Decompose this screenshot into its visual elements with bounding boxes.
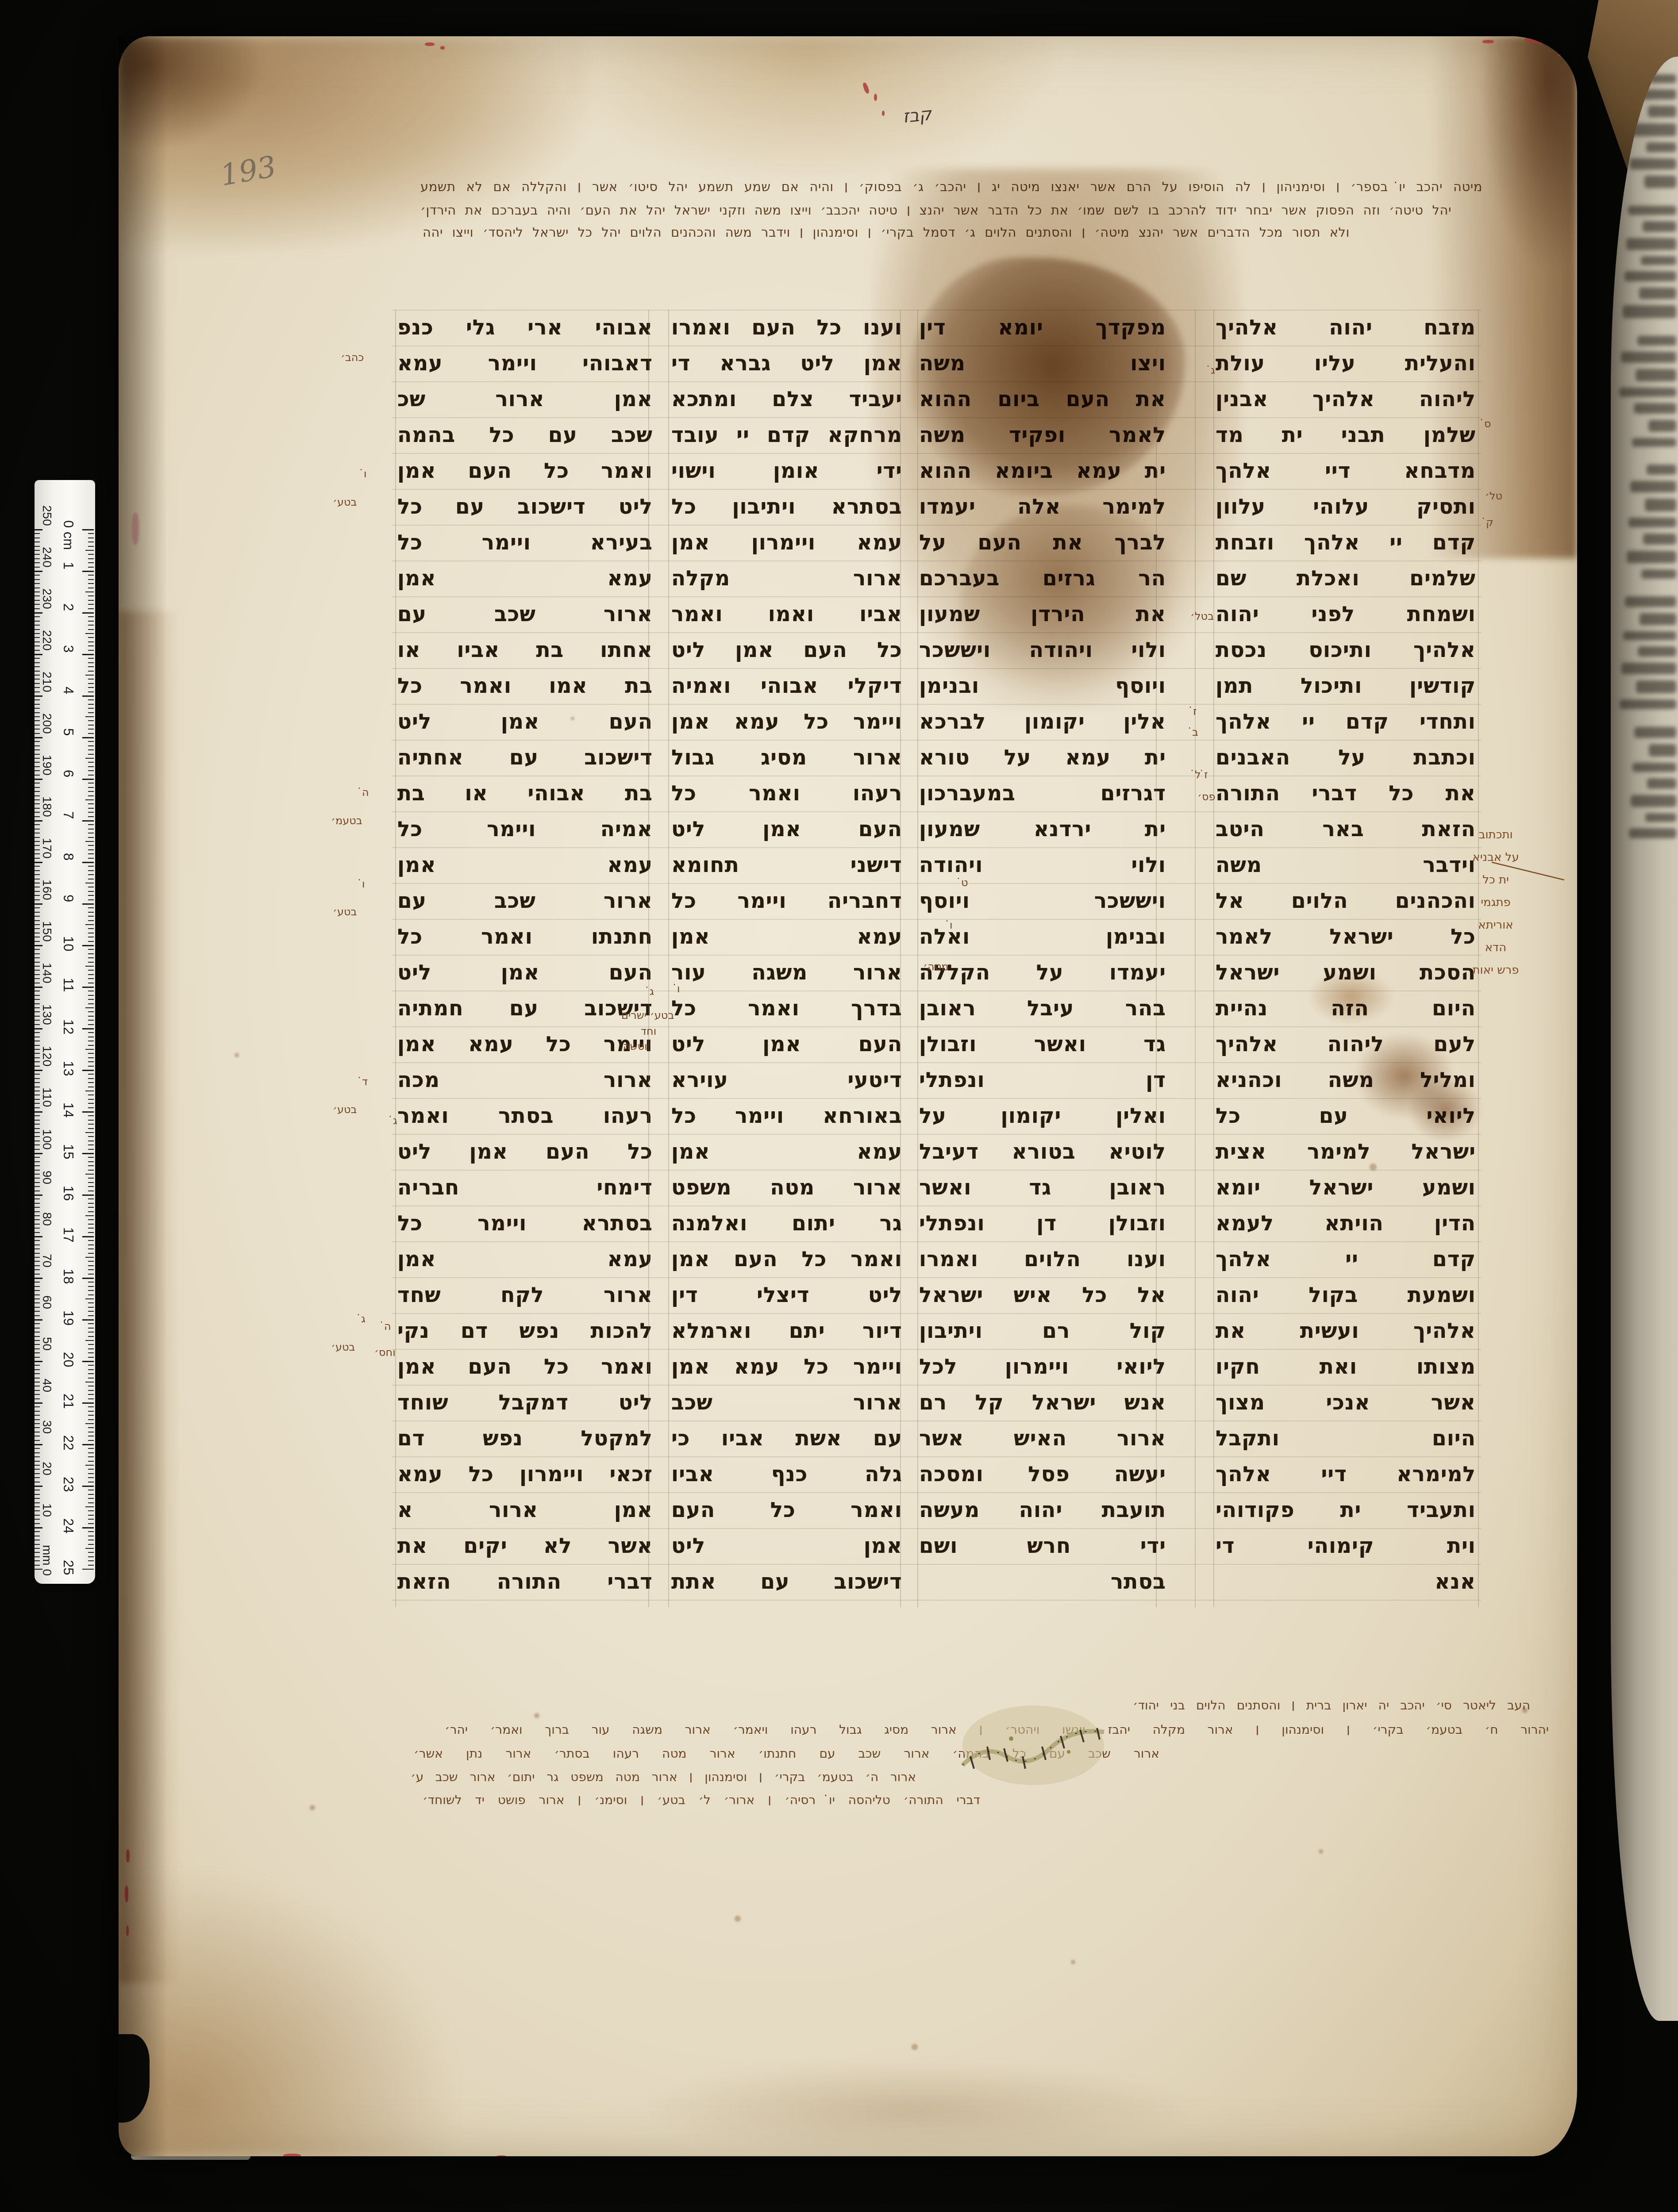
red-edge-mark: [862, 82, 870, 94]
text-line: מצותו ואת חקיו: [1216, 1349, 1476, 1385]
red-edge-mark: [496, 2155, 507, 2156]
text-line: ואמר כל העם: [671, 1492, 902, 1528]
foxing-spot: [1319, 1849, 1323, 1854]
text-line: ושמחת לפני יהוה: [1216, 596, 1476, 632]
text-line: דאבוהי ויימר עמא: [397, 346, 653, 381]
ruling-line-vertical: [1213, 310, 1214, 1607]
text-line: בסתרא ויתיבון כל: [671, 489, 902, 525]
masorah-parva-note: ה̇: [362, 787, 369, 798]
text-line: רעהו ואמר כל: [671, 776, 902, 811]
text-line: היום הזה נהיית: [1216, 991, 1476, 1026]
text-line: ארור מקלה: [671, 561, 902, 596]
text-line: ויצו משה: [919, 346, 1166, 381]
text-line: כל ישראל לאמר: [1216, 919, 1476, 955]
ruler-cm-label: 22: [60, 1435, 76, 1450]
masorah-parva-note: וחס׳: [374, 1347, 396, 1358]
text-line: עם אשת אביו כי: [671, 1421, 902, 1456]
masorah-magna-top-line: מיטה יהכב יו̇ בספר׳ ׀ וסימניהון ׀ לה הוס…: [420, 179, 1482, 194]
text-line: ותחדי קדם יי אלהך: [1216, 704, 1476, 740]
text-line: אמן ליט: [671, 1528, 902, 1564]
photographic-ruler: 0 cm123456789101112131415161718192021222…: [35, 480, 95, 1584]
text-line: בעירא ויימר כל: [397, 525, 653, 561]
facing-page-blurred-text: [1626, 238, 1676, 250]
caret-line: [1488, 857, 1568, 883]
masorah-parva-note: בטע׳: [333, 496, 357, 508]
text-column-4: אבוהי ארי גלי כנפדאבוהי ויימר עמאאמן ארו…: [397, 310, 653, 1600]
ruler-cm-label: 9: [60, 895, 76, 902]
text-line: ואמר כל העם אמן: [397, 1349, 653, 1385]
text-line: ויוסף ובנימן: [919, 668, 1166, 704]
masorah-magna-top-line: יהל טיטה׳ וזה הפסוק אשר יבחר ידוד להרכב …: [420, 203, 1451, 218]
text-line: יעשה פסל ומסכה: [919, 1456, 1166, 1492]
text-line: דגרזים במעברכון: [919, 776, 1166, 811]
masorah-magna-bottom-line: העב ליאטר סי׳ יהכב יה יארון ברית ׀ והסתנ…: [1133, 1698, 1530, 1713]
facing-page-blurred-text: [1631, 795, 1676, 807]
facing-page-blurred-text: [1650, 74, 1676, 83]
red-edge-mark: [283, 2154, 301, 2156]
foxing-spot: [1522, 1708, 1528, 1713]
text-line: אנש ישראל קל רם: [919, 1385, 1166, 1421]
text-line: ויימר כל עמא אמן: [671, 704, 902, 740]
text-line: ושמעת בקול יהוה: [1216, 1277, 1476, 1313]
text-column-3: וענו כל העם ואמרואמן ליט גברא דייעביד צל…: [671, 310, 902, 1600]
masorah-parva-note: ו̇: [950, 919, 953, 931]
ruler-cm-label: 15: [60, 1144, 76, 1159]
facing-page-blurred-text: [1641, 256, 1676, 265]
text-line: היום ותקבל: [1216, 1421, 1476, 1456]
text-line: ארור מסיג גבול: [671, 740, 902, 776]
text-line: דיור יתם וארמלא: [671, 1313, 902, 1349]
text-line: ותעביד ית פקודוהי: [1216, 1492, 1476, 1528]
text-line: קודשין ותיכול תמן: [1216, 668, 1476, 704]
masorah-parva-note: ק̇: [1486, 517, 1493, 528]
text-line: הזאת באר היטב: [1216, 811, 1476, 847]
ruler-cm-label: 19: [60, 1310, 76, 1325]
masorah-parva-note: בטעמ׳: [331, 815, 362, 826]
margin-addition-line: אוריתא: [1452, 914, 1539, 937]
text-line: לוטיא בטורא דעיבל: [919, 1134, 1166, 1170]
ruler-cm-label: 17: [60, 1227, 76, 1242]
text-line: שלמן תבני ית מד: [1216, 417, 1476, 453]
facing-page-blurred-text: [1628, 518, 1676, 527]
text-line: לעם ליהוה אלהיך: [1216, 1026, 1476, 1062]
text-line: דחבריה ויימר כל: [671, 883, 902, 919]
stain-top-middle: [566, 36, 1052, 178]
masorah-parva-note: ג̇: [650, 986, 654, 997]
facing-page-blurred-text: [1636, 680, 1676, 693]
text-line: יעביד צלם ומתכא: [671, 381, 902, 417]
masorah-parva-note: ג̇: [361, 1313, 366, 1325]
facing-page-blurred-text: [1634, 403, 1676, 414]
text-line: דברי התורה הזאת: [397, 1564, 653, 1600]
text-line: קול רם ויתיבון: [919, 1313, 1166, 1349]
masorah-parva-note: ס̇: [1484, 418, 1491, 430]
text-line: למקטל נפש דם: [397, 1421, 653, 1456]
text-line: למימר אלה יעמדו: [919, 489, 1166, 525]
text-line: עמא אמן: [397, 847, 653, 883]
text-line: לברך את העם על: [919, 525, 1166, 561]
text-line: מפקדך יומא דין: [919, 310, 1166, 346]
text-line: וידבר משה: [1216, 847, 1476, 883]
text-line: ומליל משה וכהניא: [1216, 1062, 1476, 1098]
red-edge-mark: [874, 94, 877, 101]
masorah-parva-note: ו̇: [677, 983, 680, 995]
text-line: ואלין יקומון על: [919, 1098, 1166, 1134]
facing-page-blurred-text: [1630, 481, 1676, 492]
masorah-parva-note: טל׳: [1485, 490, 1502, 502]
ruler-cm-label: 24: [60, 1518, 76, 1533]
foxing-spot: [571, 717, 574, 720]
text-line: ראובן גד ואשר: [919, 1170, 1166, 1206]
facing-page-blurred-text: [1643, 221, 1676, 232]
text-line: דימחי חבריה: [397, 1170, 653, 1206]
red-edge-mark: [1482, 40, 1494, 43]
text-line: באורחא ויימר כל: [671, 1098, 902, 1134]
text-line: העם אמן ליט: [671, 1026, 902, 1062]
text-line: לאמר ופקיד משה: [919, 417, 1166, 453]
stain-top-right-dark: [1482, 36, 1577, 266]
text-line: גר יתום ואלמנה: [671, 1206, 902, 1241]
text-line: הדין הויתא לעמא: [1216, 1206, 1476, 1241]
text-line: אלין יקומון לברכא: [919, 704, 1166, 740]
text-line: אלהיך ועשית את: [1216, 1313, 1476, 1349]
ruling-line-vertical: [1195, 310, 1196, 1607]
text-line: ליט דמקבל שוחד: [397, 1385, 653, 1421]
manuscript-page: קבז 193 מיטה יהכב יו̇ בספר׳ ׀ וסימניהון …: [119, 36, 1577, 2156]
text-line: קדם יי אלהך וזבחת: [1216, 525, 1476, 561]
ruler-ticks: [88, 529, 94, 1570]
text-line: מזבח יהוה אלהיך: [1216, 310, 1476, 346]
ruler-cm-label: 3: [60, 645, 76, 653]
stain-bottom-center: [650, 2062, 1181, 2156]
digitization-photo: קבז 193 מיטה יהכב יו̇ בספר׳ ׀ וסימניהון …: [0, 0, 1678, 2212]
text-line: ית ירדנא שמעון: [919, 811, 1166, 847]
facing-page-blurred-text: [1648, 420, 1676, 432]
masorah-parva-note: ט̇: [961, 877, 968, 888]
text-line: אשר לא יקים את: [397, 1528, 653, 1564]
masorah-parva-note: וחד: [641, 1025, 656, 1037]
facing-page-blurred-text: [1647, 778, 1676, 789]
ruler-cm-label: 5: [60, 728, 76, 736]
gutter-shadow: [119, 36, 167, 2156]
text-line: ויימר כל עמא אמן: [671, 1349, 902, 1385]
ruler-cm-label: 23: [60, 1477, 76, 1492]
facing-page-blurred-text: [1648, 106, 1676, 117]
ruler-cm-label: 7: [60, 811, 76, 819]
ruler-cm-label: 11: [60, 978, 76, 992]
facing-page-edge: [1611, 57, 1678, 2021]
facing-page-blurred-text: [1621, 352, 1676, 363]
text-line: הר גרזים בעברכם: [919, 561, 1166, 596]
facing-page-blurred-text: [1637, 336, 1676, 346]
text-line: ארור מטה משפט: [671, 1170, 902, 1206]
text-line: ארור מכה: [397, 1062, 653, 1098]
text-line: זכאי ויימרון כל עמא: [397, 1456, 653, 1492]
text-line: ויימר כל עמא אמן: [397, 1026, 653, 1062]
text-line: ליט דישכוב עם כל: [397, 489, 653, 525]
ruler-cm-label: 2: [60, 603, 76, 611]
text-line: דישני תחומא: [671, 847, 902, 883]
text-line: ליט דיצלי דין: [671, 1277, 902, 1313]
text-line: וזבולן דן ונפתלי: [919, 1206, 1166, 1241]
masorah-parva-note: כהב׳: [341, 352, 364, 363]
text-line: ובנימן ואלה: [919, 919, 1166, 955]
text-line: אלהיך ותיכוס נכסת: [1216, 632, 1476, 668]
facing-page-blurred-text: [1632, 763, 1676, 772]
text-line: ית עמא על טורא: [919, 740, 1166, 776]
foxing-spot: [1370, 1164, 1377, 1171]
facing-page-blurred-text: [1638, 646, 1676, 657]
masorah-magna-bottom-line: דברי התורה׳ טליהסה יו̇ רסיה׳ ׀ ארור׳ ל׳ …: [423, 1793, 980, 1807]
text-line: חתנתו ואמר כל: [397, 919, 653, 955]
foxing-spot: [310, 1805, 315, 1810]
masorah-parva-note: מטה׳: [923, 961, 949, 972]
red-edge-mark: [425, 42, 435, 46]
facing-page-blurred-text: [1640, 613, 1676, 625]
ruling-line-vertical: [900, 310, 901, 1607]
masorah-parva-note: ו̇: [364, 468, 367, 480]
facing-page-blurred-text: [1639, 288, 1676, 299]
masorah-parva-note: וטשה: [623, 1041, 647, 1052]
ruling-line-vertical: [668, 310, 669, 1607]
text-line: והכהנים הלוים אל: [1216, 883, 1476, 919]
masorah-parva-note: ג̇: [1211, 365, 1215, 376]
text-line: רעהו בסתר ואמר: [397, 1098, 653, 1134]
masorah-parva-note: בטל׳: [1190, 611, 1214, 622]
text-line: עמא אמן: [671, 919, 902, 955]
masorah-magna-bottom-line: ארור ה׳ בטעמ׳ בקרי׳ ׀ וסימנהון ׀ ארור מט…: [411, 1770, 916, 1784]
text-column-2: מפקדך יומא דיןויצו משהאת העם ביום ההואלא…: [919, 310, 1166, 1600]
facing-page-blurred-text: [1624, 271, 1676, 281]
text-line: אבוהי ארי גלי כנפ: [397, 310, 653, 346]
margin-addition-line: הדא: [1452, 937, 1539, 959]
text-line: ואמר כל העם אמן: [671, 1241, 902, 1277]
ruler-cm-label: 21: [60, 1394, 76, 1409]
text-line: דיקלי אבוהי ואמיה: [671, 668, 902, 704]
text-line: דן ונפתלי: [919, 1062, 1166, 1098]
ruler-cm-label: 4: [60, 687, 76, 694]
text-line: ולוי ויהודה ויששכר: [919, 632, 1166, 668]
text-line: עמא אמן: [397, 561, 653, 596]
ruler-cm-label: 1: [60, 562, 76, 569]
text-line: העם אמן ליט: [397, 955, 653, 991]
text-line: בסתר: [919, 1564, 1166, 1600]
text-line: ישראל למימר אצית: [1216, 1134, 1476, 1170]
text-line: אחתו בת אביו או: [397, 632, 653, 668]
masorah-parva-note: ד̇: [362, 1076, 368, 1087]
ruling-line-vertical: [648, 310, 649, 1607]
facing-page-blurred-text: [1645, 813, 1676, 822]
facing-page-blurred-text: [1620, 699, 1676, 709]
text-line: ארור משגה עור: [671, 955, 902, 991]
masorah-magna-top-line: ולא תסור מכל הדברים אשר יהנצ מיטה׳ ׀ והס…: [423, 225, 1350, 240]
red-edge-mark: [1524, 37, 1551, 45]
text-line: את כל דברי התורה: [1216, 776, 1476, 811]
text-line: הסכת ושמע ישראל: [1216, 955, 1476, 991]
text-line: אל כל איש ישראל: [919, 1277, 1166, 1313]
text-line: מדבחא דיי אלהך: [1216, 453, 1476, 489]
text-line: את הירדן שמעון: [919, 596, 1166, 632]
text-line: והעלית עליו עולת: [1216, 346, 1476, 381]
masorah-parva-note: בטע׳: [331, 1341, 355, 1353]
text-line: יעמדו על הקללה: [919, 955, 1166, 991]
ruler-cm-label: 18: [60, 1269, 76, 1284]
masorah-parva-note: בטע׳ ישרים: [621, 1010, 674, 1021]
text-line: גלה כנף אביו: [671, 1456, 902, 1492]
ruler-cm-label: 8: [60, 853, 76, 860]
ruler-cm-label: 0 cm: [60, 520, 76, 550]
text-line: ליהוה אלהיך אבנין: [1216, 381, 1476, 417]
masorah-parva-note: ו̇: [362, 878, 365, 890]
text-line: בת אבוהי או בת: [397, 776, 653, 811]
foxing-spot: [235, 1053, 239, 1057]
facing-page-blurred-text: [1645, 499, 1676, 511]
text-line: שלמים ואכלת שם: [1216, 561, 1476, 596]
text-line: אמן ארור שכ: [397, 381, 653, 417]
text-line: ותסיק עלוהי עלוון: [1216, 489, 1476, 525]
text-line: עמא ויימרון אמן: [671, 525, 902, 561]
masorah-parva-note: בטע׳: [333, 906, 357, 918]
text-line: עמא אמן: [671, 1134, 902, 1170]
text-line: ארור שכב עם: [397, 883, 653, 919]
text-line: ולוי ויהודה: [919, 847, 1166, 883]
quire-mark: קבז: [902, 104, 933, 127]
text-line: ארור לקח שחד: [397, 1277, 653, 1313]
facing-page-blurred-text: [1629, 828, 1676, 838]
ruler-cm-label: 16: [60, 1186, 76, 1201]
text-line: ואמר כל העם אמן: [397, 453, 653, 489]
ruling-line-vertical: [395, 310, 396, 1607]
text-line: בהר עיבל ראובן: [919, 991, 1166, 1026]
facing-page-blurred-text: [1636, 369, 1676, 381]
text-line: בדרך ואמר כל: [671, 991, 902, 1026]
facing-page-blurred-text: [1632, 123, 1676, 136]
text-line: וכתבת על האבנים: [1216, 740, 1476, 776]
text-line: את העם ביום ההוא: [919, 381, 1166, 417]
text-line: אמיה ויימר כל: [397, 811, 653, 847]
margin-addition-line: פתגמי: [1452, 891, 1539, 914]
text-line: כל העם אמן ליט: [671, 632, 902, 668]
facing-page-blurred-text: [1621, 663, 1676, 674]
text-line: ארור שכב: [671, 1385, 902, 1421]
facing-page-blurred-text: [1643, 534, 1676, 545]
text-line: אמן ליט גברא די: [671, 346, 902, 381]
text-line: דישכוב עם חמתיה: [397, 991, 653, 1026]
masorah-parva-note: ז̇ ל̇: [1195, 769, 1208, 780]
foxing-spot: [735, 1916, 741, 1922]
red-edge-mark: [1558, 53, 1571, 57]
facing-page-blurred-text: [1647, 465, 1676, 475]
text-line: שכב עם כל בהמה: [397, 417, 653, 453]
facing-page-blurred-text: [1632, 438, 1676, 447]
text-line: ליואי ויימרון לכל: [919, 1349, 1166, 1385]
text-line: אביו ואמו ואמר: [671, 596, 902, 632]
text-line: דישכוב עם אתת: [671, 1564, 902, 1600]
text-line: להכות נפש דם נקי: [397, 1313, 653, 1349]
text-line: וענו הלוים ואמרו: [919, 1241, 1166, 1277]
facing-page-blurred-text: [1630, 158, 1676, 169]
pencil-folio-number: 193: [218, 150, 278, 193]
ruler-cm-label: 25: [60, 1560, 76, 1575]
text-line: ידי חרש ושם: [919, 1528, 1166, 1564]
text-line: דישכוב עם אחתיה: [397, 740, 653, 776]
foxing-spot: [1071, 1960, 1075, 1964]
facing-page-blurred-text: [1644, 176, 1676, 188]
facing-page-blurred-text: [1628, 206, 1676, 215]
text-line: ארור שכב עם: [397, 596, 653, 632]
text-line: אשר אנכי מצוך: [1216, 1385, 1476, 1421]
text-line: כל העם אמן ליט: [397, 1134, 653, 1170]
marginal-targum-addition: ותכתוב על אבניא ית כל פתגמי אוריתא הדא פ…: [1452, 824, 1539, 982]
facing-page-blurred-text: [1646, 142, 1676, 152]
ruling-line-vertical: [1478, 310, 1479, 1607]
red-edge-mark: [882, 111, 885, 116]
text-line: תועבת יהוה מעשה: [919, 1492, 1166, 1528]
facing-page-blurred-text: [1623, 305, 1676, 318]
ruler-cm-label: 14: [60, 1102, 76, 1118]
text-column-1: מזבח יהוה אלהיךוהעלית עליו עולתליהוה אלה…: [1216, 310, 1476, 1600]
text-line: ידי אומן וישוי: [671, 453, 902, 489]
masorah-parva-note: ז̇: [1193, 706, 1197, 717]
foxing-spot: [912, 2044, 918, 2050]
text-line: בת אמו ואמר כל: [397, 668, 653, 704]
ruling-line-vertical: [917, 310, 918, 1607]
facing-page-blurred-text: [1649, 744, 1676, 757]
ruler-cm-label: 12: [60, 1019, 76, 1034]
text-line: מרחקא קדם יי עובד: [671, 417, 902, 453]
stain-bottom-left: [119, 1872, 455, 2156]
text-line: אנא: [1216, 1564, 1476, 1600]
text-line: דיטעי עוירא: [671, 1062, 902, 1098]
text-line: עמא אמן: [397, 1241, 653, 1277]
facing-page-blurred-text: [1641, 569, 1676, 579]
text-line: אמן ארור א: [397, 1492, 653, 1528]
text-line: ויששכר ויוסף: [919, 883, 1166, 919]
text-line: העם אמן ליט: [397, 704, 653, 740]
facing-page-blurred-text: [1627, 551, 1676, 563]
text-line: למימרא דיי אלהך: [1216, 1456, 1476, 1492]
ruler-cm-label: 13: [60, 1061, 76, 1076]
facing-page-blurred-text: [1633, 89, 1676, 100]
masorah-parva-note: בטע׳: [333, 1104, 357, 1115]
facing-page-blurred-text: [1623, 631, 1676, 640]
text-line: ית עמא ביומא ההוא: [919, 453, 1166, 489]
stitch-repair: [958, 1690, 1108, 1801]
ruling-line-vertical: [1156, 310, 1157, 1607]
ruler-ticks: [35, 529, 42, 1570]
text-line: קדם יי אלהך: [1216, 1241, 1476, 1277]
masorah-parva-note: ה̇: [384, 1321, 391, 1332]
foxing-spot: [534, 1713, 539, 1718]
ruler-cm-label: 6: [60, 770, 76, 777]
ruler-mm-label: 250: [40, 505, 54, 526]
margin-addition-line: ותכתוב: [1452, 824, 1539, 846]
text-line: וענו כל העם ואמרו: [671, 310, 902, 346]
ruler-cm-label: 20: [60, 1352, 76, 1367]
text-line: ליואי עם כל: [1216, 1098, 1476, 1134]
text-line: ושמע ישראל יומא: [1216, 1170, 1476, 1206]
facing-page-blurred-text: [1634, 727, 1676, 738]
text-line: וית קימוהי די: [1216, 1528, 1476, 1564]
text-line: ארור האיש אשר: [919, 1421, 1166, 1456]
margin-addition-line: פרש יאות: [1452, 959, 1539, 982]
facing-page-blurred-text: [1625, 596, 1676, 607]
masorah-parva-note: פס׳: [1197, 791, 1216, 803]
facing-page-blurred-text: [1619, 388, 1676, 397]
ruler-cm-label: 10: [60, 936, 76, 951]
masorah-parva-note: ב̇: [1192, 726, 1198, 738]
masorah-parva-note: ג̇: [393, 1115, 397, 1126]
